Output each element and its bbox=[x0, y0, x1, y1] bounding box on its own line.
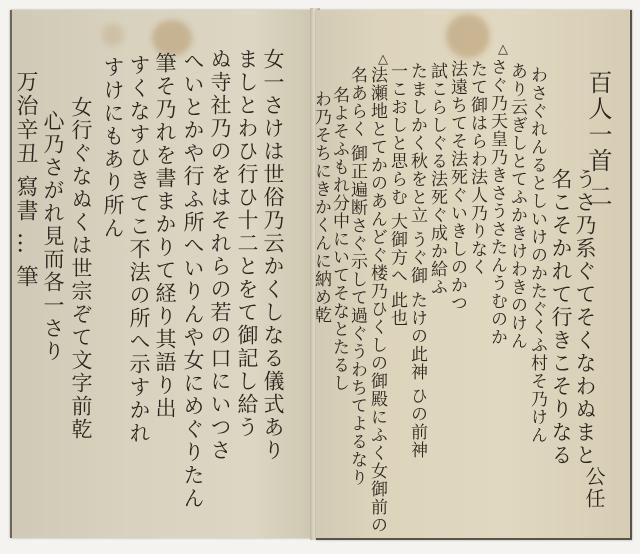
text-column: 名こそかれて行きこそりなる bbox=[550, 168, 571, 467]
text-column: ぬ寺社乃のをはそれらの若の口にいつさ bbox=[209, 48, 230, 462]
text-column: すけにもあり所ん bbox=[102, 56, 123, 240]
text-column: 女行ぐなぬくは世宗ぞて文字前乾 bbox=[70, 96, 91, 441]
text-column: あり云ぎしとてふかきけわきのけん bbox=[508, 62, 525, 350]
text-column: 心乃さがれ見而各一さり bbox=[42, 110, 63, 363]
text-column: へいとかや行ふ所へいりんや女にめぐりたん bbox=[182, 50, 203, 510]
text-column: ましとわひ行ひ十二とをて御記し給う bbox=[236, 48, 257, 439]
text-column: さぐ乃天皇乃きさうさたんうむのか bbox=[488, 58, 505, 346]
text-column: わさぐれんるとしいけのかたぐくふ村そ乃けん bbox=[528, 66, 545, 444]
stain bbox=[102, 24, 124, 46]
text-column: うさ乃系ぐてそくなわぬまと bbox=[574, 168, 595, 467]
text-column: わ乃そちにきかくんに納め乾 bbox=[312, 90, 329, 324]
text-column: 法瀬地とてかのあんどぐ楼乃ひくしの御殿にふく女御前の bbox=[368, 66, 385, 534]
text-column: 女一さけは世俗乃云かくしなる儀式あり bbox=[262, 48, 283, 462]
colophon: 万治辛丑 寫書 … 筆 bbox=[14, 70, 36, 289]
text-column: 名よそふもれ分中にいてそなとたるし bbox=[330, 86, 347, 392]
text-column: 名あらく 御正遍断さぐ示して過ぐうわちてよるなり bbox=[348, 66, 365, 486]
text-column: 一こおしと思らむ 大御方へ 此也 bbox=[388, 62, 405, 327]
text-column: 筆そ乃れを書まかりて経り其語り出 bbox=[154, 52, 175, 420]
stain bbox=[446, 14, 490, 58]
text-column: 試こらしぐる法死ぐ成か給ふ bbox=[428, 62, 445, 296]
text-column: 法遠ちてそ法死ぐいきしのかつ bbox=[448, 60, 465, 312]
text-column: たて御はらわ法人乃りなく bbox=[468, 60, 485, 276]
signature: 公任 bbox=[584, 466, 604, 510]
text-column: すくなすひきてこ不法の所へ示すかれ bbox=[128, 54, 149, 445]
text-column: たましかく秋をと立 うぐ御 たけの此神 ひの前神 bbox=[408, 62, 425, 459]
triangle-marker-icon: △ bbox=[498, 42, 508, 57]
triangle-marker-icon: △ bbox=[378, 52, 388, 67]
